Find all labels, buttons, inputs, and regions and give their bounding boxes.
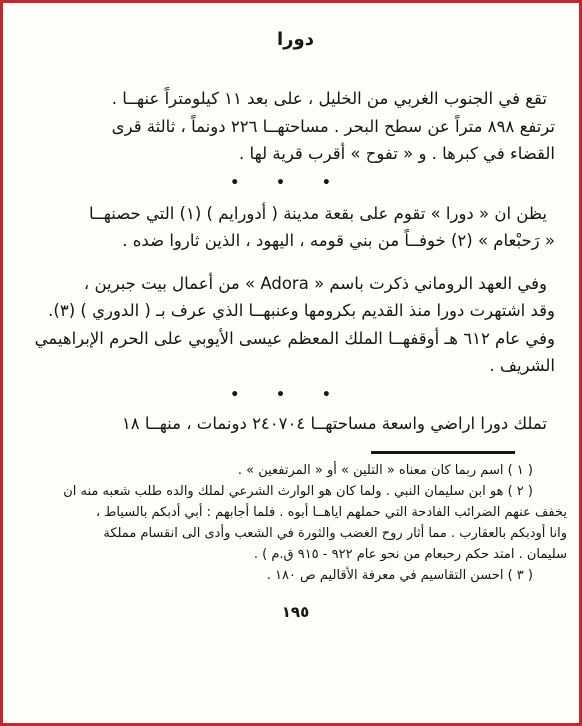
footnote-line: ( ٢ ) هو ابن سليمان النبي . ولما كان هو … [24, 481, 567, 502]
footnotes: ( ١ ) اسم ربما كان معناه « التلين » أو «… [24, 460, 567, 586]
footnote-line: سليمان . امتد حكم رحبعام من نحو عام ٩٢٢ … [24, 544, 567, 565]
book-page: دورا تقع في الجنوب الغربي من الخليل ، عل… [0, 0, 582, 726]
text-line: وفي العهد الروماني ذكرت باسم « Adora » م… [36, 270, 555, 298]
page-title: دورا [36, 27, 555, 53]
text-line: وفي عام ٦١٢ هـ أوقفهــا الملك المعظم عيس… [36, 325, 555, 353]
text-line: الشريف . [36, 352, 555, 380]
text-line: تملك دورا اراضي واسعة مساحتهــا ٢٤٠٧٠٤ د… [36, 410, 555, 438]
page-number: ١٩٥ [36, 602, 555, 622]
footnote-line: ( ١ ) اسم ربما كان معناه « التلين » أو «… [24, 460, 567, 481]
paragraph-roman-era: وفي العهد الروماني ذكرت باسم « Adora » م… [36, 270, 555, 380]
text-line: وقد اشتهرت دورا منذ القديم بكرومها وعنبه… [36, 297, 555, 325]
footnote-line: وانا أودبكم بالعقارب . مما أثار روح الغض… [24, 523, 567, 544]
footnote-line: ( ٣ ) احسن التقاسيم في معرفة الأقاليم ص … [24, 565, 567, 586]
paragraph-history-name: يظن ان « دورا » تقوم على بقعة مدينة ( أد… [36, 200, 555, 255]
text-line: يظن ان « دورا » تقوم على بقعة مدينة ( أد… [36, 200, 555, 228]
footnote-line: يخفف عنهم الضرائب الفادحة التي حملهم ايا… [24, 502, 567, 523]
section-separator: • • • [36, 382, 541, 408]
paragraph-location: تقع في الجنوب الغربي من الخليل ، على بعد… [36, 85, 555, 168]
text-line: القضاء في كبرها . و « تفوح » أقرب قرية ل… [36, 140, 555, 168]
paragraph-land-area: تملك دورا اراضي واسعة مساحتهــا ٢٤٠٧٠٤ د… [36, 410, 555, 438]
footnote-divider [371, 451, 515, 454]
text-line: ترتفع ٨٩٨ متراً عن سطح البحر . مساحتهــا… [36, 113, 555, 141]
page-content: دورا تقع في الجنوب الغربي من الخليل ، عل… [3, 3, 579, 622]
section-separator: • • • [36, 170, 541, 196]
text-line: تقع في الجنوب الغربي من الخليل ، على بعد… [36, 85, 555, 113]
text-line: « رَحبْعام » (٢) خوفــاً من بني قومه ، ا… [36, 227, 555, 255]
